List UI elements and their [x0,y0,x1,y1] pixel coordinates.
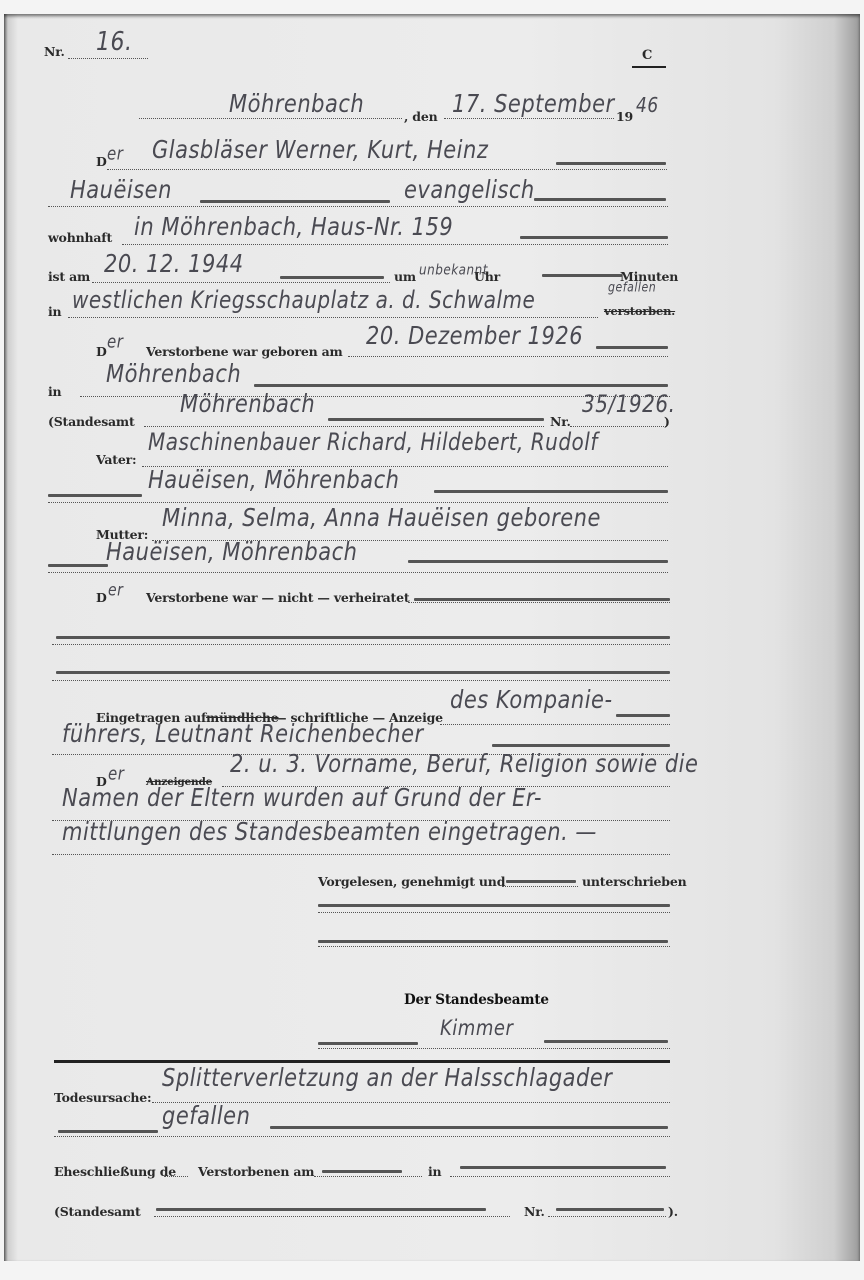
register-letter: C [642,48,652,63]
registrar-signature-line [318,1048,670,1049]
mother-line-2 [48,572,668,573]
birth-nr-value: 35/1926. [582,390,675,418]
marriage-nr-label: Nr. [524,1204,545,1219]
mother-line-2-value: Hauëisen, Möhrenbach [106,538,357,566]
marriage-date-line [314,1176,422,1177]
marriage-suffix-line [164,1176,188,1177]
fill-stroke [616,714,670,717]
fill-stroke [318,904,670,907]
fill-stroke [58,1130,158,1133]
residence-line [122,244,668,245]
signature-line-1 [318,912,670,913]
marital-prefix: D [96,590,107,605]
fill-stroke [544,1040,668,1043]
fill-stroke [434,490,668,493]
marriage-standesamt-label: (Standesamt [54,1204,141,1219]
fill-stroke [520,236,668,239]
marriage-place-line [450,1176,670,1177]
father-label: Vater: [96,452,136,467]
residence-value: in Möhrenbach, Haus-Nr. 159 [134,213,453,241]
fill-stroke [492,744,670,747]
fill-stroke [556,162,666,165]
mother-line-1-value: Minna, Selma, Anna Hauëisen geborene [162,504,601,532]
father-line-2-value: Hauëisen, Möhrenbach [148,466,399,494]
record-number-line [68,58,148,59]
deceased-name-line [107,169,667,170]
read-approved-line [502,886,578,887]
blank-line-2 [52,680,670,681]
note-line-3 [52,854,670,855]
fill-stroke [254,384,668,387]
registrar-title: Der Standesbeamte [404,992,549,1008]
fill-stroke [200,200,390,203]
fill-stroke [414,598,670,601]
blank-line-1 [52,644,670,645]
death-place-in-label: in [48,304,61,319]
cause-line-2 [54,1136,670,1137]
marriage-label-mid: Verstorbenen am [198,1164,314,1179]
death-place-line [68,317,598,318]
marriage-nr-line [548,1216,666,1217]
record-number-value: 16. [96,28,133,57]
birth-date-line [348,356,668,357]
birth-date-value: 20. Dezember 1926 [366,322,583,350]
fill-stroke [56,671,670,674]
deceased-occupation-names: Glasbläser Werner, Kurt, Heinz [152,136,488,164]
fill-stroke [596,346,668,349]
marriage-standesamt-line [154,1216,510,1217]
birth-close-paren: ) [664,414,670,429]
wohnhaft-label: wohnhaft [48,230,112,245]
fill-stroke [542,274,622,277]
fill-stroke [322,1170,402,1173]
signature-line-2 [318,946,670,947]
fill-stroke [408,560,668,563]
marriage-in-label: in [428,1164,441,1179]
marital-line [408,602,670,603]
year-prefix: 19 [616,109,633,124]
marriage-close: ). [668,1204,678,1219]
fill-stroke [318,940,668,943]
cause-label: Todesursache: [54,1090,151,1105]
gefallen-note: gefallen [608,280,656,295]
civil-register-death-record: Nr. 16. C Möhrenbach , den 17. September… [4,14,860,1261]
cause-line-2-value: gefallen [162,1102,250,1130]
deceased-surname: Hauëisen [70,176,172,204]
cause-line-1-value: Splitterverletzung an der Halsschlagader [162,1064,612,1092]
death-date-line [92,282,390,283]
year-suffix: 46 [636,94,659,118]
birth-prefix-fill: er [107,331,123,352]
verstorben-label: verstorben. [604,304,675,318]
birth-standesamt-label: (Standesamt [48,414,135,429]
fill-stroke [156,1208,486,1211]
fill-stroke [48,494,142,497]
birth-standesamt-value: Möhrenbach [180,390,315,418]
register-letter-underline [632,66,666,68]
death-date-value: 20. 12. 1944 [104,250,244,278]
date-value: 17. September [452,90,615,118]
registrar-signature: Kimmer [440,1016,513,1041]
record-number-label: Nr. [44,44,65,59]
fill-stroke [56,636,670,639]
deceased-prefix-fill: er [107,143,123,164]
um-label: um [394,269,416,284]
den-label: , den [404,109,438,124]
fill-stroke [328,418,544,421]
note-line-2-value: Namen der Eltern wurden auf Grund der Er… [62,784,542,812]
deceased-prefix: D [96,154,107,169]
fill-stroke [460,1166,666,1169]
note-line-3-value: mittlungen des Standesbeamten eingetrage… [62,818,597,846]
informant-prefix-fill: er [108,763,124,784]
read-approved-label: Vorgelesen, genehmigt und [318,874,505,889]
surname-religion-line [48,206,668,207]
ist-am-label: ist am [48,269,90,284]
place-line [139,118,402,119]
marriage-label-start: Eheschließung de [54,1164,176,1179]
fill-stroke [318,1042,418,1045]
fill-stroke [48,564,108,567]
place-value: Möhrenbach [229,90,364,118]
signed-label: unterschrieben [582,874,687,889]
fill-stroke [534,198,666,201]
birth-label: Verstorbene war geboren am [146,344,343,359]
father-line-1-value: Maschinenbauer Richard, Hildebert, Rudol… [148,428,598,456]
date-line [444,118,614,119]
section-divider [54,1060,670,1063]
note-line-1-value: 2. u. 3. Vorname, Beruf, Religion sowie … [230,750,698,778]
fill-stroke [506,880,576,883]
marital-prefix-fill: er [108,581,123,600]
registration-line-2-value: führers, Leutnant Reichenbecher [62,720,424,748]
deceased-religion: evangelisch [404,176,535,204]
uhr-label: Uhr [474,269,500,284]
fill-stroke [556,1208,664,1211]
marital-label: Verstorbene war — nicht — verheiratet [146,590,409,605]
fill-stroke [280,276,384,279]
birth-place-in-label: in [48,384,61,399]
fill-stroke [270,1126,668,1129]
registration-line-1 [440,724,670,725]
registration-line-1-value: des Kompanie- [450,686,613,714]
death-place-value: westlichen Kriegsschauplatz a. d. Schwal… [72,286,535,314]
birth-place-value: Möhrenbach [106,360,241,388]
birth-prefix: D [96,344,107,359]
